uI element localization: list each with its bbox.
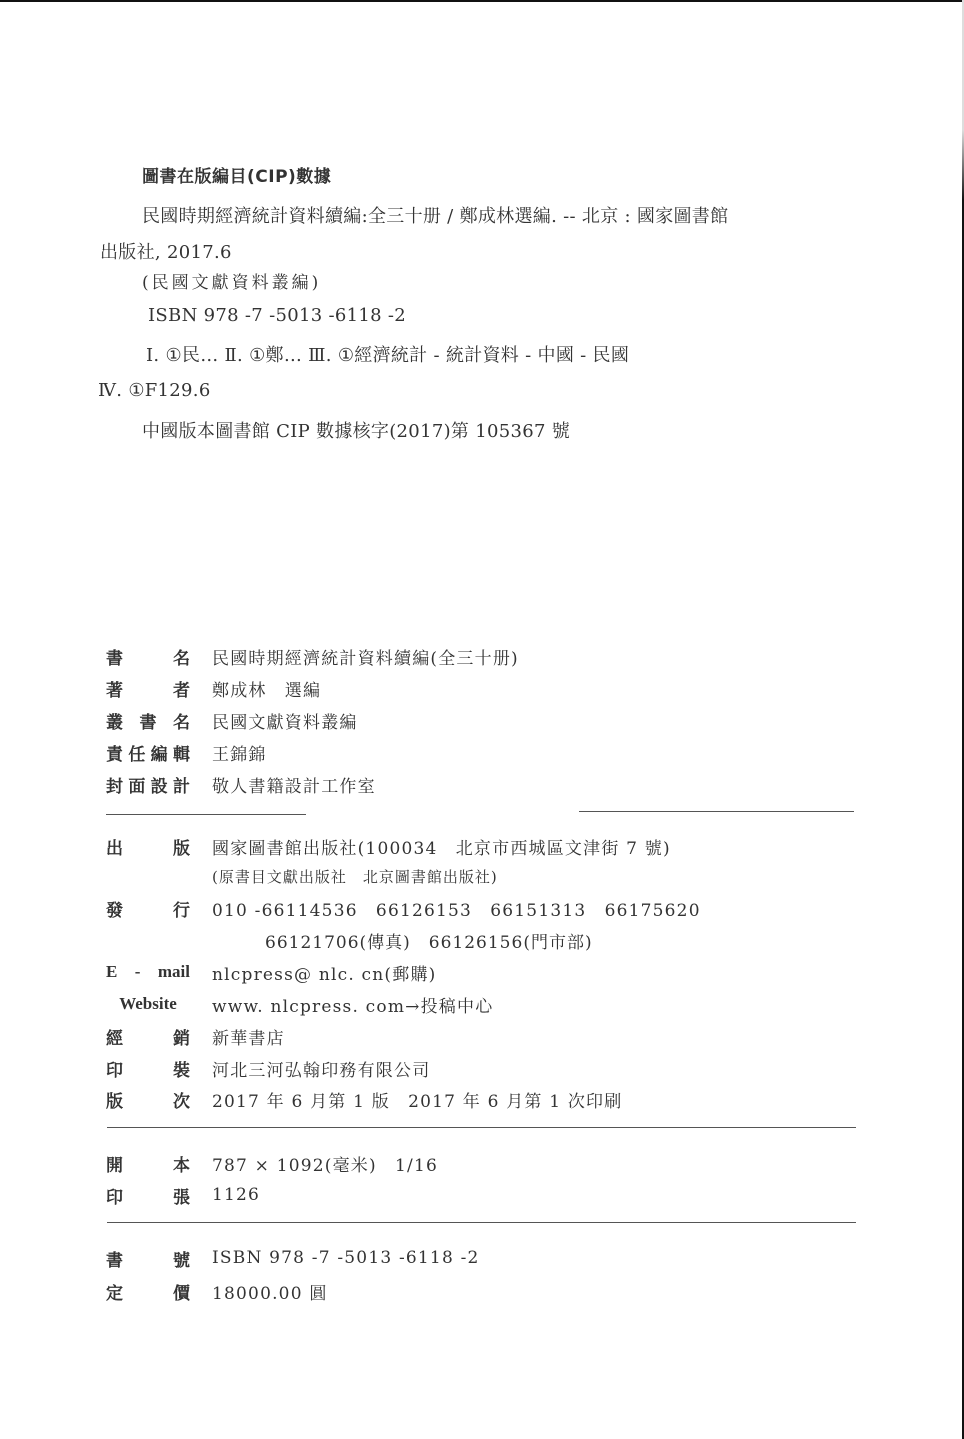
label-editor: 責 任 編 輯 [106,740,190,765]
label-cover-design: 封 面 設 計 [106,772,190,797]
label-sheets: 印 張 [106,1183,190,1208]
row-edition: 版 次 2017 年 6 月第 1 版 2017 年 6 月第 1 次印刷 [106,1087,622,1111]
label-price: 定 價 [106,1279,190,1304]
value-series-name: 民國文獻資料叢編 [212,708,358,733]
row-distribution: 發 行 010 -66114536 66126153 66151313 6617… [106,896,701,920]
label-format: 開 本 [106,1151,190,1176]
row-sheets: 印 張 1126 [106,1183,260,1207]
value-title: 民國時期經濟統計資料續編(全三十册) [212,644,519,669]
row-format: 開 本 787 × 1092(毫米) 1/16 [106,1151,438,1175]
value-email: nlcpress@ nlc. cn(郵購) [212,960,436,985]
value-price: 18000.00 圓 [212,1279,328,1304]
label-seller: 經 銷 [106,1024,190,1049]
value-cover-design: 敬人書籍設計工作室 [212,772,376,797]
value-editor: 王錦錦 [212,740,267,765]
cip-heading: 圖書在版編目(CIP)數據 [142,166,331,188]
row-editor: 責 任 編 輯 王錦錦 [106,740,267,764]
cip-title-line-1: 民國時期經濟統計資料續編:全三十册 / 鄭成林選編. -- 北京 : 國家圖書館 [142,206,728,228]
row-seller: 經 銷 新華書店 [106,1024,285,1048]
value-edition: 2017 年 6 月第 1 版 2017 年 6 月第 1 次印刷 [212,1087,622,1112]
value-phones-line-2: 66121706(傳真) 66126156(門市部) [265,928,593,953]
value-author: 鄭成林 選編 [212,676,321,701]
label-series-name: 叢 書 名 [106,708,190,733]
cip-subjects-line-1: Ⅰ. ①民… Ⅱ. ①鄭… Ⅲ. ①經濟統計 - 統計資料 - 中國 - 民國 [146,345,629,367]
divider-format [107,1127,856,1128]
label-author: 著 者 [106,676,190,701]
label-printer: 印 裝 [106,1056,190,1081]
row-cover-design: 封 面 設 計 敬人書籍設計工作室 [106,772,376,796]
page-top-edge [0,0,964,2]
value-format: 787 × 1092(毫米) 1/16 [212,1151,438,1176]
cip-record-number: 中國版本圖書館 CIP 數據核字(2017)第 105367 號 [142,421,570,443]
label-publisher: 出 版 [106,834,190,859]
row-title: 書 名 民國時期經濟統計資料續編(全三十册) [106,644,519,668]
value-printer: 河北三河弘翰印務有限公司 [212,1056,430,1081]
row-book-number: 書 號 ISBN 978 -7 -5013 -6118 -2 [106,1246,480,1270]
row-website: Website www. nlcpress. com→投稿中心 [106,992,493,1016]
divider-isbn [107,1222,856,1223]
label-title: 書 名 [106,644,190,669]
cip-subjects-line-2: Ⅳ. ①F129.6 [98,380,211,402]
row-publisher: 出 版 國家圖書館出版社(100034 北京市西城區文津街 7 號) [106,834,671,858]
publisher-former-names: (原書目文獻出版社 北京圖書館出版社) [212,866,498,887]
label-website: Website [106,994,190,1014]
cip-isbn: ISBN 978 -7 -5013 -6118 -2 [148,305,406,327]
divider-right-segment [579,811,854,812]
row-printer: 印 裝 河北三河弘翰印務有限公司 [106,1056,430,1080]
divider-left-segment [106,814,306,815]
value-phones-line-1: 010 -66114536 66126153 66151313 66175620 [212,896,701,921]
row-email: E - mail nlcpress@ nlc. cn(郵購) [106,960,436,984]
cip-title-line-2: 出版社, 2017.6 [100,242,232,264]
value-book-number: ISBN 978 -7 -5013 -6118 -2 [212,1248,480,1268]
label-distribution: 發 行 [106,896,190,921]
value-seller: 新華書店 [212,1024,285,1049]
value-sheets: 1126 [212,1185,260,1205]
value-publisher: 國家圖書館出版社(100034 北京市西城區文津街 7 號) [212,834,671,859]
row-author: 著 者 鄭成林 選編 [106,676,321,700]
label-edition: 版 次 [106,1087,190,1112]
label-book-number: 書 號 [106,1246,190,1271]
row-series-name: 叢 書 名 民國文獻資料叢編 [106,708,358,732]
value-website: www. nlcpress. com→投稿中心 [212,992,493,1017]
cip-series: (民國文獻資料叢編) [142,272,321,294]
label-email: E - mail [106,962,190,982]
row-price: 定 價 18000.00 圓 [106,1279,328,1303]
